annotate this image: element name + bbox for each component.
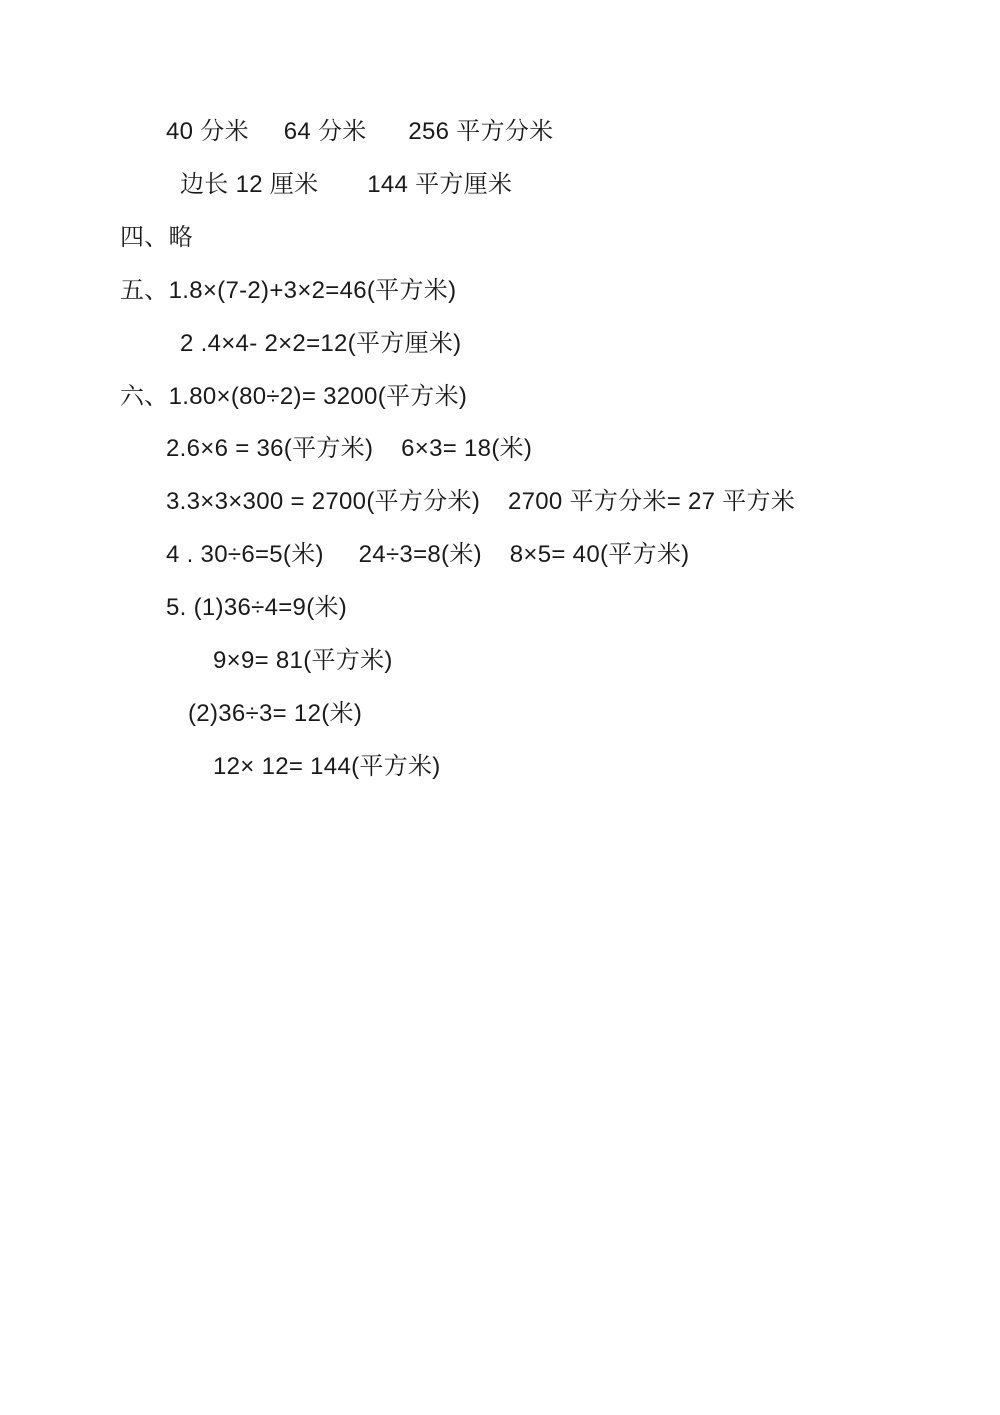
answer-line: 40 分米 64 分米 256 平方分米 — [166, 106, 960, 159]
answer-line-section-5: 五、1.8×(7-2)+3×2=46(平方米) — [120, 265, 960, 318]
document-body: 40 分米 64 分米 256 平方分米 边长 12 厘米 144 平方厘米 四… — [120, 106, 960, 794]
answer-line: (2)36÷3= 12(米) — [188, 688, 960, 741]
answer-line: 9×9= 81(平方米) — [213, 635, 960, 688]
answer-line: 5. (1)36÷4=9(米) — [166, 582, 960, 635]
answer-line: 2.6×6 = 36(平方米) 6×3= 18(米) — [166, 423, 960, 476]
answer-line: 2 .4×4- 2×2=12(平方厘米) — [180, 318, 960, 371]
answer-line: 3.3×3×300 = 2700(平方分米) 2700 平方分米= 27 平方米 — [166, 476, 960, 529]
document-page: 40 分米 64 分米 256 平方分米 边长 12 厘米 144 平方厘米 四… — [0, 0, 1000, 1415]
answer-line-section-6: 六、1.80×(80÷2)= 3200(平方米) — [120, 371, 960, 424]
answer-line: 4 . 30÷6=5(米) 24÷3=8(米) 8×5= 40(平方米) — [166, 529, 960, 582]
answer-line: 12× 12= 144(平方米) — [213, 741, 960, 794]
answer-line-section-4: 四、略 — [120, 212, 960, 265]
answer-line: 边长 12 厘米 144 平方厘米 — [180, 159, 960, 212]
